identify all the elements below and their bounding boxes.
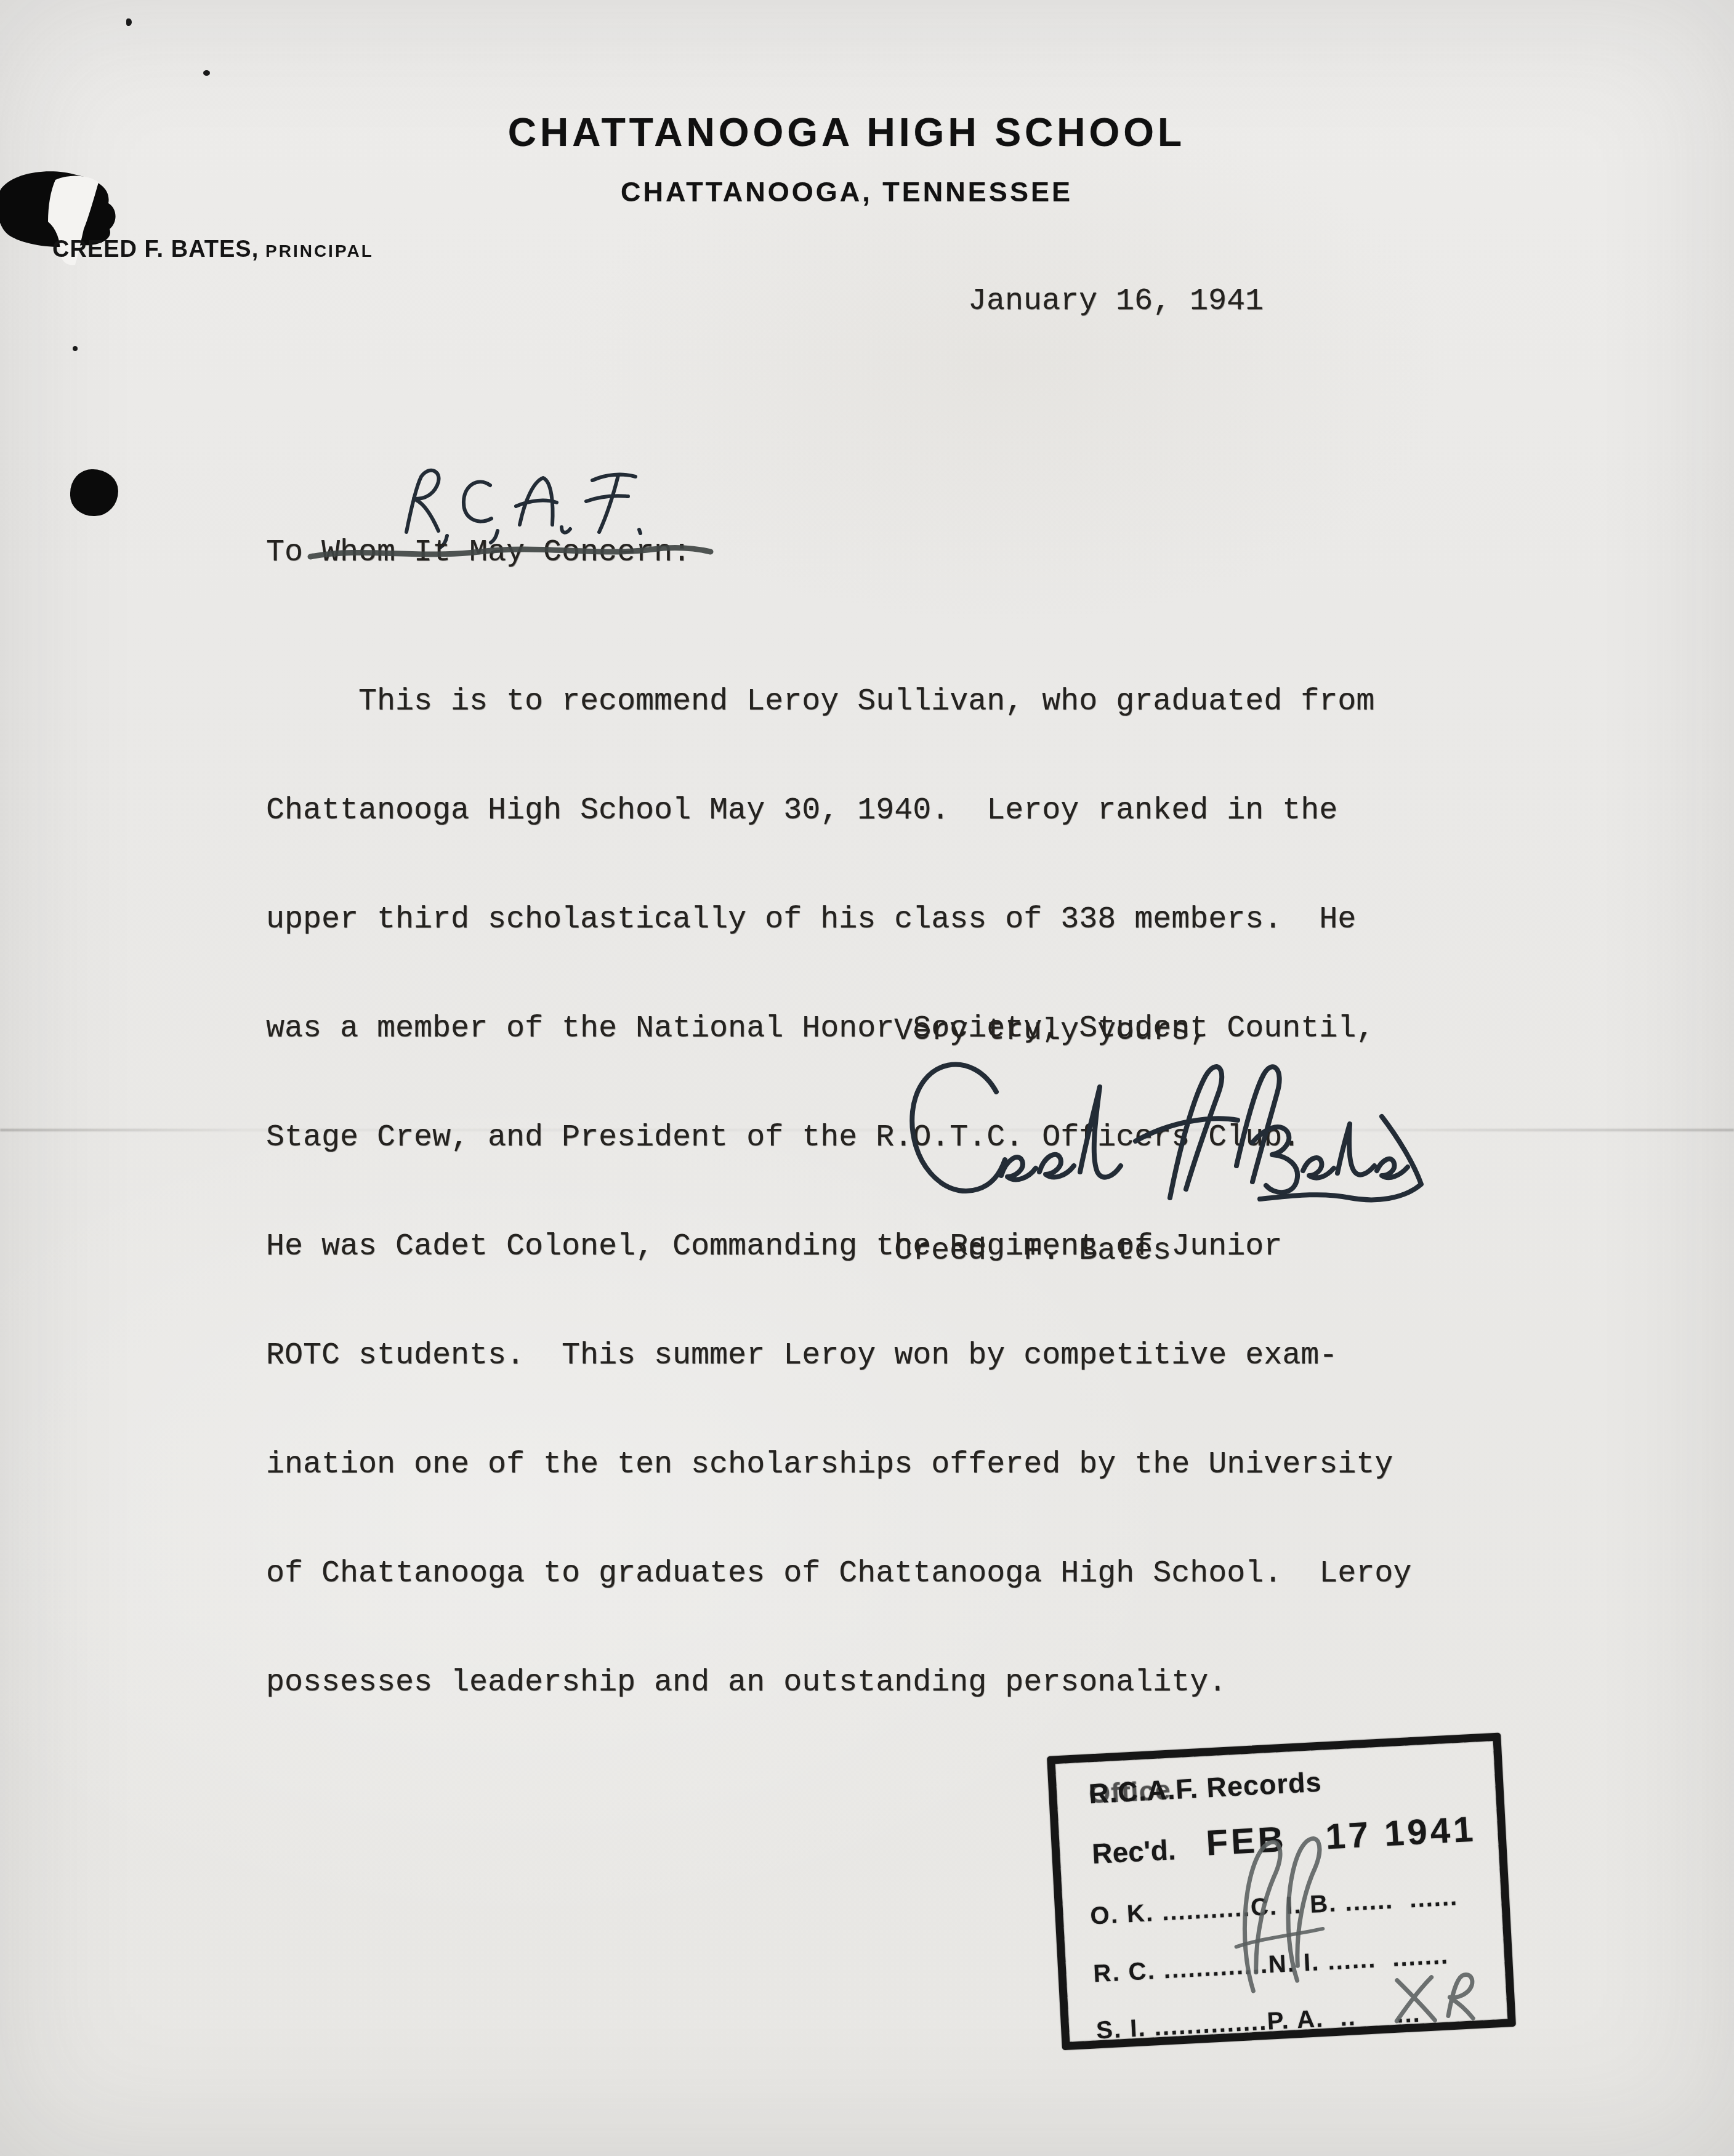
body-line: ination one of the ten scholarships offe… <box>266 1447 1411 1483</box>
body-line: ROTC students. This summer Leroy won by … <box>266 1338 1411 1374</box>
date-line: January 16, 1941 <box>968 283 1264 320</box>
stamp-received-label: Rec'd. <box>1091 1833 1177 1870</box>
letterhead-school-name: CHATTANOOGA HIGH SCHOOL <box>0 110 1693 155</box>
letterhead-principal-line: CREED F. BATES, PRINCIPAL <box>52 236 374 263</box>
scanned-letter-page: CHATTANOOGA HIGH SCHOOL CHATTANOOGA, TEN… <box>0 0 1734 2156</box>
stamp-pa-mark: X.R. <box>1387 1968 1507 2041</box>
paper-speck <box>73 346 78 351</box>
stamp-title-faded: Office <box>1088 1774 1172 1811</box>
body-line: was a member of the National Honor Socie… <box>266 1011 1411 1047</box>
letterhead-city: CHATTANOOGA, TENNESSEE <box>0 176 1693 208</box>
body-line: This is to recommend Leroy Sullivan, who… <box>266 684 1411 720</box>
letterhead: CHATTANOOGA HIGH SCHOOL CHATTANOOGA, TEN… <box>0 0 1693 208</box>
body-line: Chattanooga High School May 30, 1940. Le… <box>266 793 1411 829</box>
typed-signature-name: Creed F. Bates <box>894 1233 1171 1269</box>
body-line: possesses leadership and an outstanding … <box>266 1665 1411 1701</box>
strikethrough-line <box>307 539 716 567</box>
ink-dot <box>70 469 118 516</box>
principal-name: CREED F. BATES, <box>52 236 259 262</box>
stamp-initials-mark <box>1213 1830 1338 1996</box>
principal-title: PRINCIPAL <box>259 241 374 260</box>
body-line: upper third scholastically of his class … <box>266 902 1411 938</box>
stamp-row: S. I. ..............P. A. .. ... <box>1095 2000 1421 2045</box>
signature-script: Creed F Bates <box>892 1044 1434 1235</box>
records-stamp: R.C.A.F. Records Office Rec'd. FEB 17 19… <box>1047 1732 1516 2050</box>
body-line: of Chattanooga to graduates of Chattanoo… <box>266 1556 1411 1592</box>
